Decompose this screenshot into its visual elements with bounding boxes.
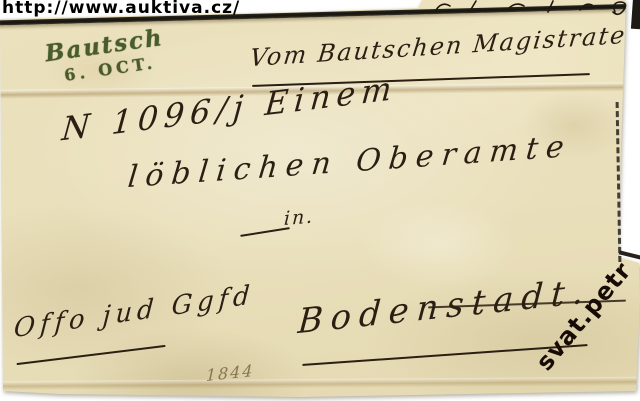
pen-stroke-fragments [430, 0, 640, 16]
manuscript-preposition: in. [283, 205, 314, 230]
paper-highlight [360, 200, 520, 290]
scanned-letter-photo: Bautsch 6. OCT. Vom Bautschen Magistrate… [0, 0, 640, 401]
bottom-crease [0, 377, 640, 391]
auction-url-watermark: http://www.auktiva.cz/ [2, 0, 240, 18]
